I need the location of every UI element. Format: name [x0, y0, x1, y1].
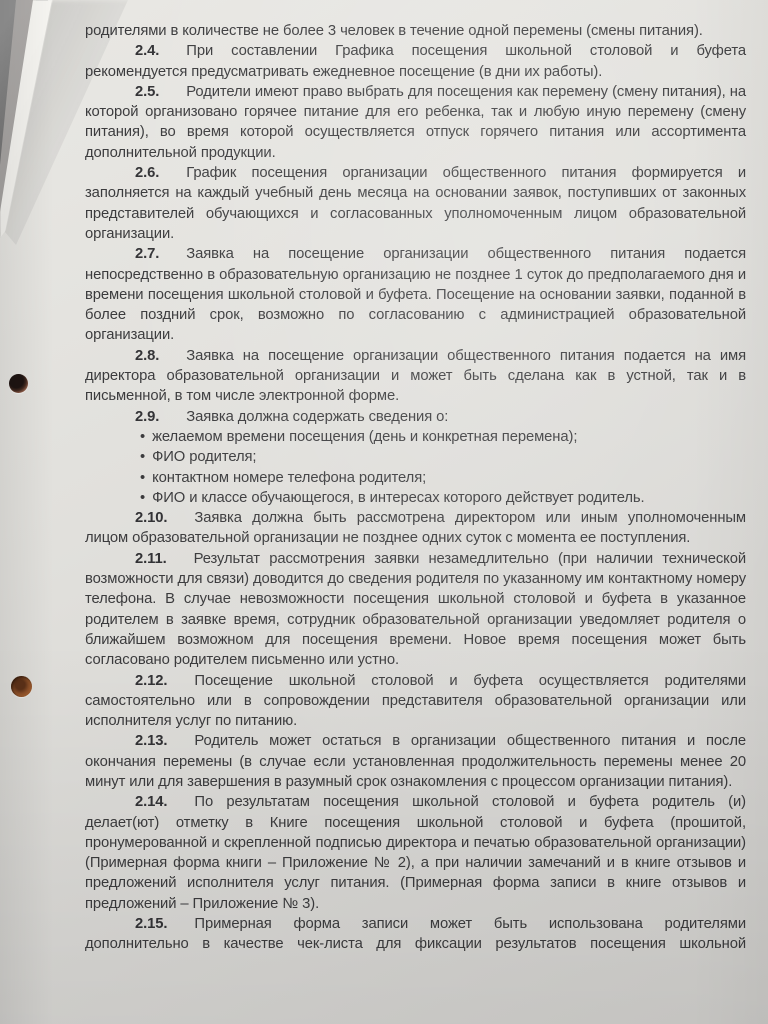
punch-hole-top	[9, 374, 28, 393]
document-text-column: родителями в количестве не более 3 челов…	[85, 21, 746, 955]
bullet-dot: •	[140, 470, 152, 486]
punch-hole-bottom	[11, 676, 32, 697]
section-number: 2.10.	[135, 510, 194, 526]
bullet-text: ФИО и классе обучающегося, в интересах к…	[152, 490, 644, 506]
section-number: 2.8.	[135, 348, 186, 364]
paragraph-2-4: 2.4.При составлении Графика посещения шк…	[85, 41, 746, 82]
bullet-dot: •	[140, 490, 152, 506]
paragraph-2-11: 2.11.Результат рассмотрения заявки незам…	[85, 549, 746, 671]
paragraph-2-5: 2.5.Родители имеют право выбрать для пос…	[85, 82, 746, 163]
section-number: 2.7.	[135, 246, 186, 262]
document-photo: родителями в количестве не более 3 челов…	[0, 0, 768, 1024]
paragraph-2-6: 2.6.График посещения организации обществ…	[85, 163, 746, 244]
section-number: 2.6.	[135, 165, 186, 181]
section-number: 2.5.	[135, 84, 186, 100]
paragraph-2-10: 2.10.Заявка должна быть рассмотрена дире…	[85, 508, 746, 549]
section-number: 2.15.	[135, 916, 194, 932]
section-number: 2.4.	[135, 43, 186, 59]
section-number: 2.13.	[135, 733, 194, 749]
bullet-item-student: •ФИО и классе обучающегося, в интересах …	[140, 488, 746, 508]
paragraph-2-13: 2.13.Родитель может остаться в организац…	[85, 731, 746, 792]
paragraph-2-15: 2.15.Примерная форма записи может быть и…	[85, 914, 746, 955]
section-text: По результатам посещения школьной столов…	[85, 794, 746, 911]
bullet-dot: •	[140, 429, 152, 445]
bullet-item-visit-time: •желаемом времени посещения (день и конк…	[140, 427, 746, 447]
bullet-item-phone: •контактном номере телефона родителя;	[140, 468, 746, 488]
bullet-text: ФИО родителя;	[152, 449, 256, 465]
section-number: 2.9.	[135, 409, 186, 425]
paragraph-2-8: 2.8.Заявка на посещение организации обще…	[85, 346, 746, 407]
bullet-item-parent-name: •ФИО родителя;	[140, 447, 746, 467]
paragraph-2-14: 2.14.По результатам посещения школьной с…	[85, 792, 746, 914]
paragraph-2-9: 2.9.Заявка должна содержать сведения о:	[85, 407, 746, 427]
section-text: Результат рассмотрения заявки незамедлит…	[85, 551, 746, 668]
paragraph-2-12: 2.12.Посещение школьной столовой и буфет…	[85, 671, 746, 732]
paragraph-continuation: родителями в количестве не более 3 челов…	[85, 21, 746, 41]
bullet-text: контактном номере телефона родителя;	[152, 470, 426, 486]
paragraph-2-7: 2.7.Заявка на посещение организации обще…	[85, 244, 746, 345]
bullet-text: желаемом времени посещения (день и конкр…	[152, 429, 577, 445]
section-number: 2.14.	[135, 794, 194, 810]
section-text: Заявка должна содержать сведения о:	[186, 409, 448, 425]
bullet-dot: •	[140, 449, 152, 465]
section-number: 2.12.	[135, 673, 194, 689]
section-number: 2.11.	[135, 551, 194, 567]
